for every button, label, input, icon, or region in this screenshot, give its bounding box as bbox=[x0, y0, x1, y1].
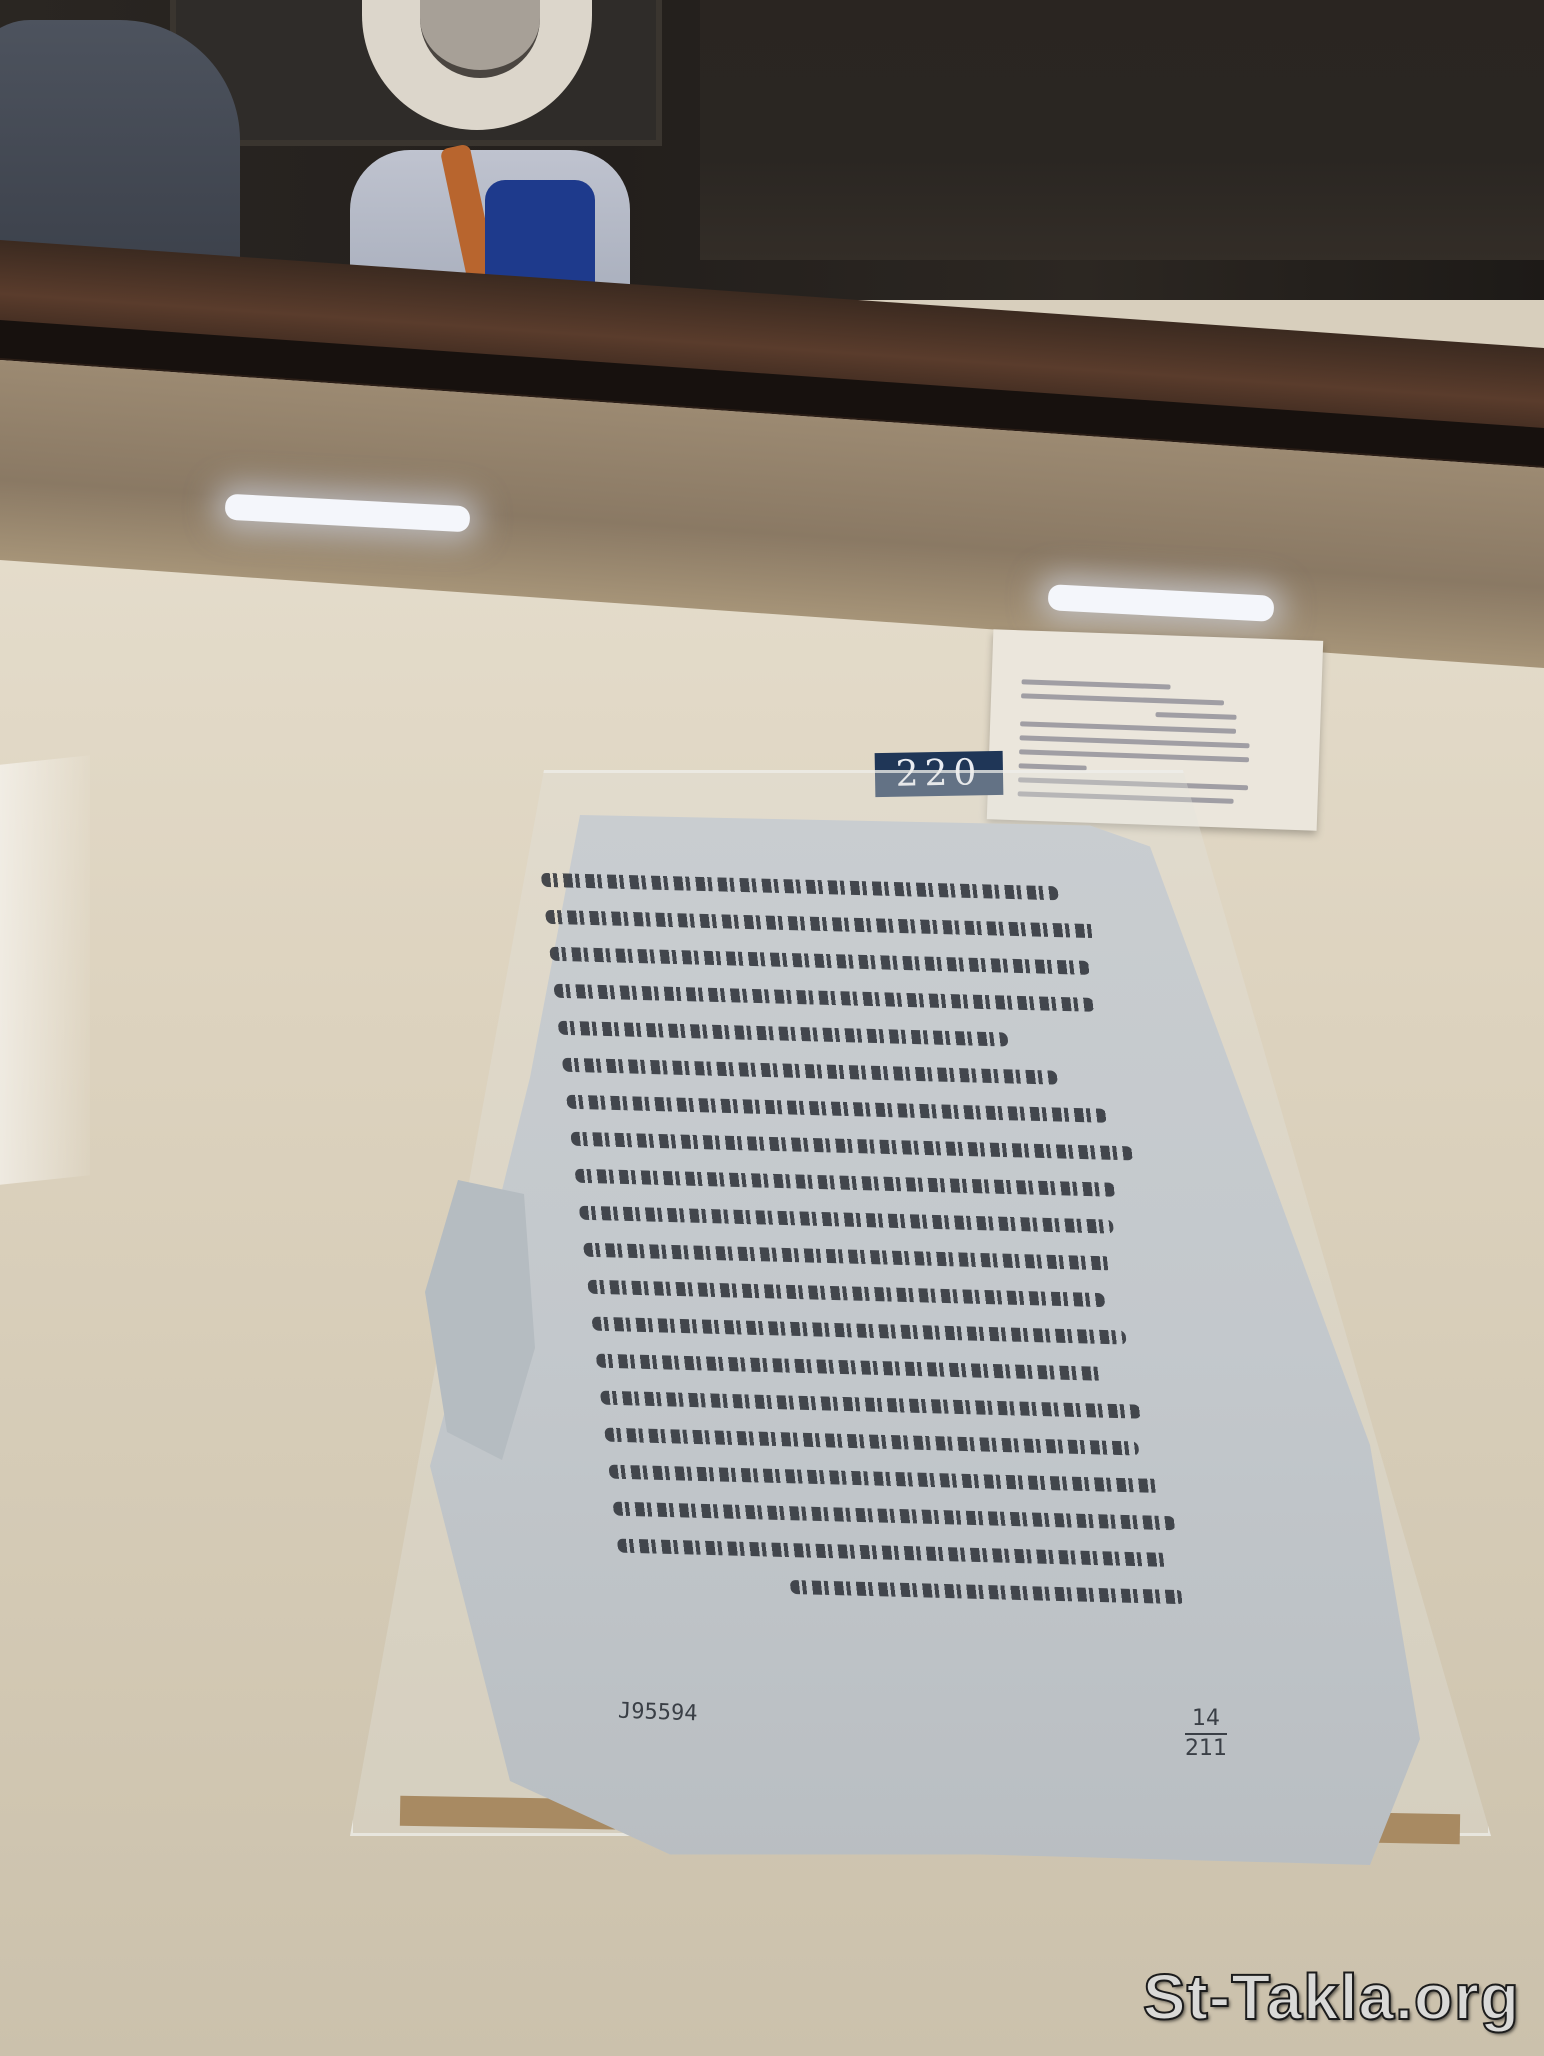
script-line bbox=[591, 1317, 1126, 1345]
script-line bbox=[545, 910, 1097, 938]
watermark: St-Takla.org bbox=[1143, 1960, 1520, 2034]
folio-mark: 14 211 bbox=[1185, 1705, 1227, 1763]
script-line bbox=[600, 1391, 1141, 1419]
folio-number-top: 14 bbox=[1185, 1705, 1227, 1735]
script-line bbox=[566, 1095, 1107, 1123]
coptic-script-text bbox=[541, 873, 1190, 1647]
label-text-line bbox=[1020, 721, 1236, 734]
script-line bbox=[570, 1132, 1133, 1161]
visitor-shoulder bbox=[0, 20, 240, 260]
script-line bbox=[587, 1280, 1106, 1307]
script-line bbox=[562, 1058, 1058, 1085]
glass-reflection bbox=[0, 755, 90, 1184]
script-line bbox=[579, 1206, 1114, 1234]
label-text-line bbox=[1021, 693, 1224, 705]
label-text-line bbox=[1155, 712, 1236, 720]
script-line bbox=[613, 1502, 1176, 1531]
script-line bbox=[790, 1580, 1185, 1604]
label-text-line bbox=[1020, 735, 1250, 748]
label-text-line bbox=[1022, 679, 1171, 689]
script-line bbox=[574, 1169, 1115, 1197]
shelf-mark: J95594 bbox=[618, 1699, 698, 1727]
script-line bbox=[617, 1539, 1169, 1567]
script-line bbox=[604, 1428, 1139, 1456]
label-text-line bbox=[1019, 763, 1087, 770]
back-wall bbox=[700, 0, 1544, 260]
script-line bbox=[549, 947, 1090, 975]
script-line bbox=[558, 1021, 1009, 1047]
folio-number-bottom: 211 bbox=[1185, 1735, 1227, 1763]
script-line bbox=[583, 1243, 1113, 1271]
script-line bbox=[553, 984, 1094, 1012]
script-line bbox=[596, 1354, 1103, 1381]
script-line bbox=[608, 1465, 1160, 1493]
label-text-line bbox=[1019, 749, 1249, 762]
